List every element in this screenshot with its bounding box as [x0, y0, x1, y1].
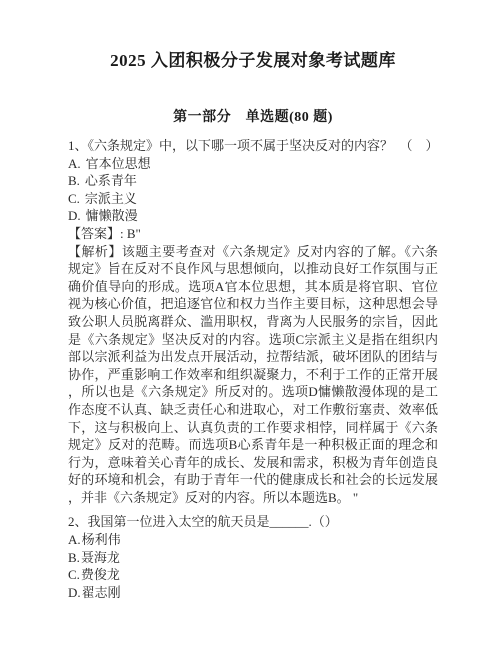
option-letter: A. [68, 156, 81, 171]
question-1-option-a: A.官本位思想 [68, 155, 438, 173]
question-1-option-c: C.宗派主义 [68, 190, 438, 208]
page-title: 2025 入团积极分子发展对象考试题库 [68, 50, 438, 72]
option-text: 费俊龙 [81, 567, 120, 582]
option-text: 宗派主义 [85, 191, 137, 206]
question-2: 2、我国第一位进入太空的航天员是______.（） A.杨利伟 B.聂海龙 C.… [68, 513, 438, 601]
document-page: 2025 入团积极分子发展对象考试题库 第一部分 单选题(80 题) 1、《六条… [0, 0, 500, 647]
question-1: 1、《六条规定》中，以下哪一项不属于坚决反对的内容？ （ ） A.官本位思想 B… [68, 137, 438, 506]
option-letter: B. [68, 550, 80, 565]
question-1-text: 1、《六条规定》中，以下哪一项不属于坚决反对的内容？ （ ） [68, 137, 438, 155]
question-2-option-a: A.杨利伟 [68, 531, 438, 549]
option-text: 官本位思想 [86, 156, 151, 171]
option-text: 聂海龙 [81, 550, 120, 565]
option-letter: A. [68, 532, 81, 547]
question-2-option-c: C.费俊龙 [68, 566, 438, 584]
analysis-label: 【解析】 [68, 244, 122, 259]
section-heading: 第一部分 单选题(80 题) [68, 109, 438, 126]
option-text: 心系青年 [85, 173, 137, 188]
question-2-option-d: D.翟志刚 [68, 584, 438, 602]
analysis-text: 该题主要考查对《六条规定》反对内容的了解。《六条规定》旨在反对不良作风与思想倾向… [68, 244, 438, 505]
option-letter: D. [68, 208, 81, 223]
option-text: 翟志刚 [82, 585, 121, 600]
question-1-option-b: B.心系青年 [68, 172, 438, 190]
option-text: 慵懒散漫 [86, 208, 138, 223]
option-letter: C. [68, 567, 80, 582]
option-letter: D. [68, 585, 81, 600]
option-letter: B. [68, 173, 80, 188]
option-text: 杨利伟 [82, 532, 121, 547]
question-2-text: 2、我国第一位进入太空的航天员是______.（） [68, 513, 438, 531]
question-2-option-b: B.聂海龙 [68, 549, 438, 567]
question-1-analysis: 【解析】该题主要考查对《六条规定》反对内容的了解。《六条规定》旨在反对不良作风与… [68, 243, 438, 507]
question-1-option-d: D.慵懒散漫 [68, 207, 438, 225]
answer-value: : B" [120, 226, 141, 241]
option-letter: C. [68, 191, 80, 206]
question-1-answer: 【答案】: B" [68, 225, 438, 243]
answer-label: 【答案】 [68, 226, 120, 241]
